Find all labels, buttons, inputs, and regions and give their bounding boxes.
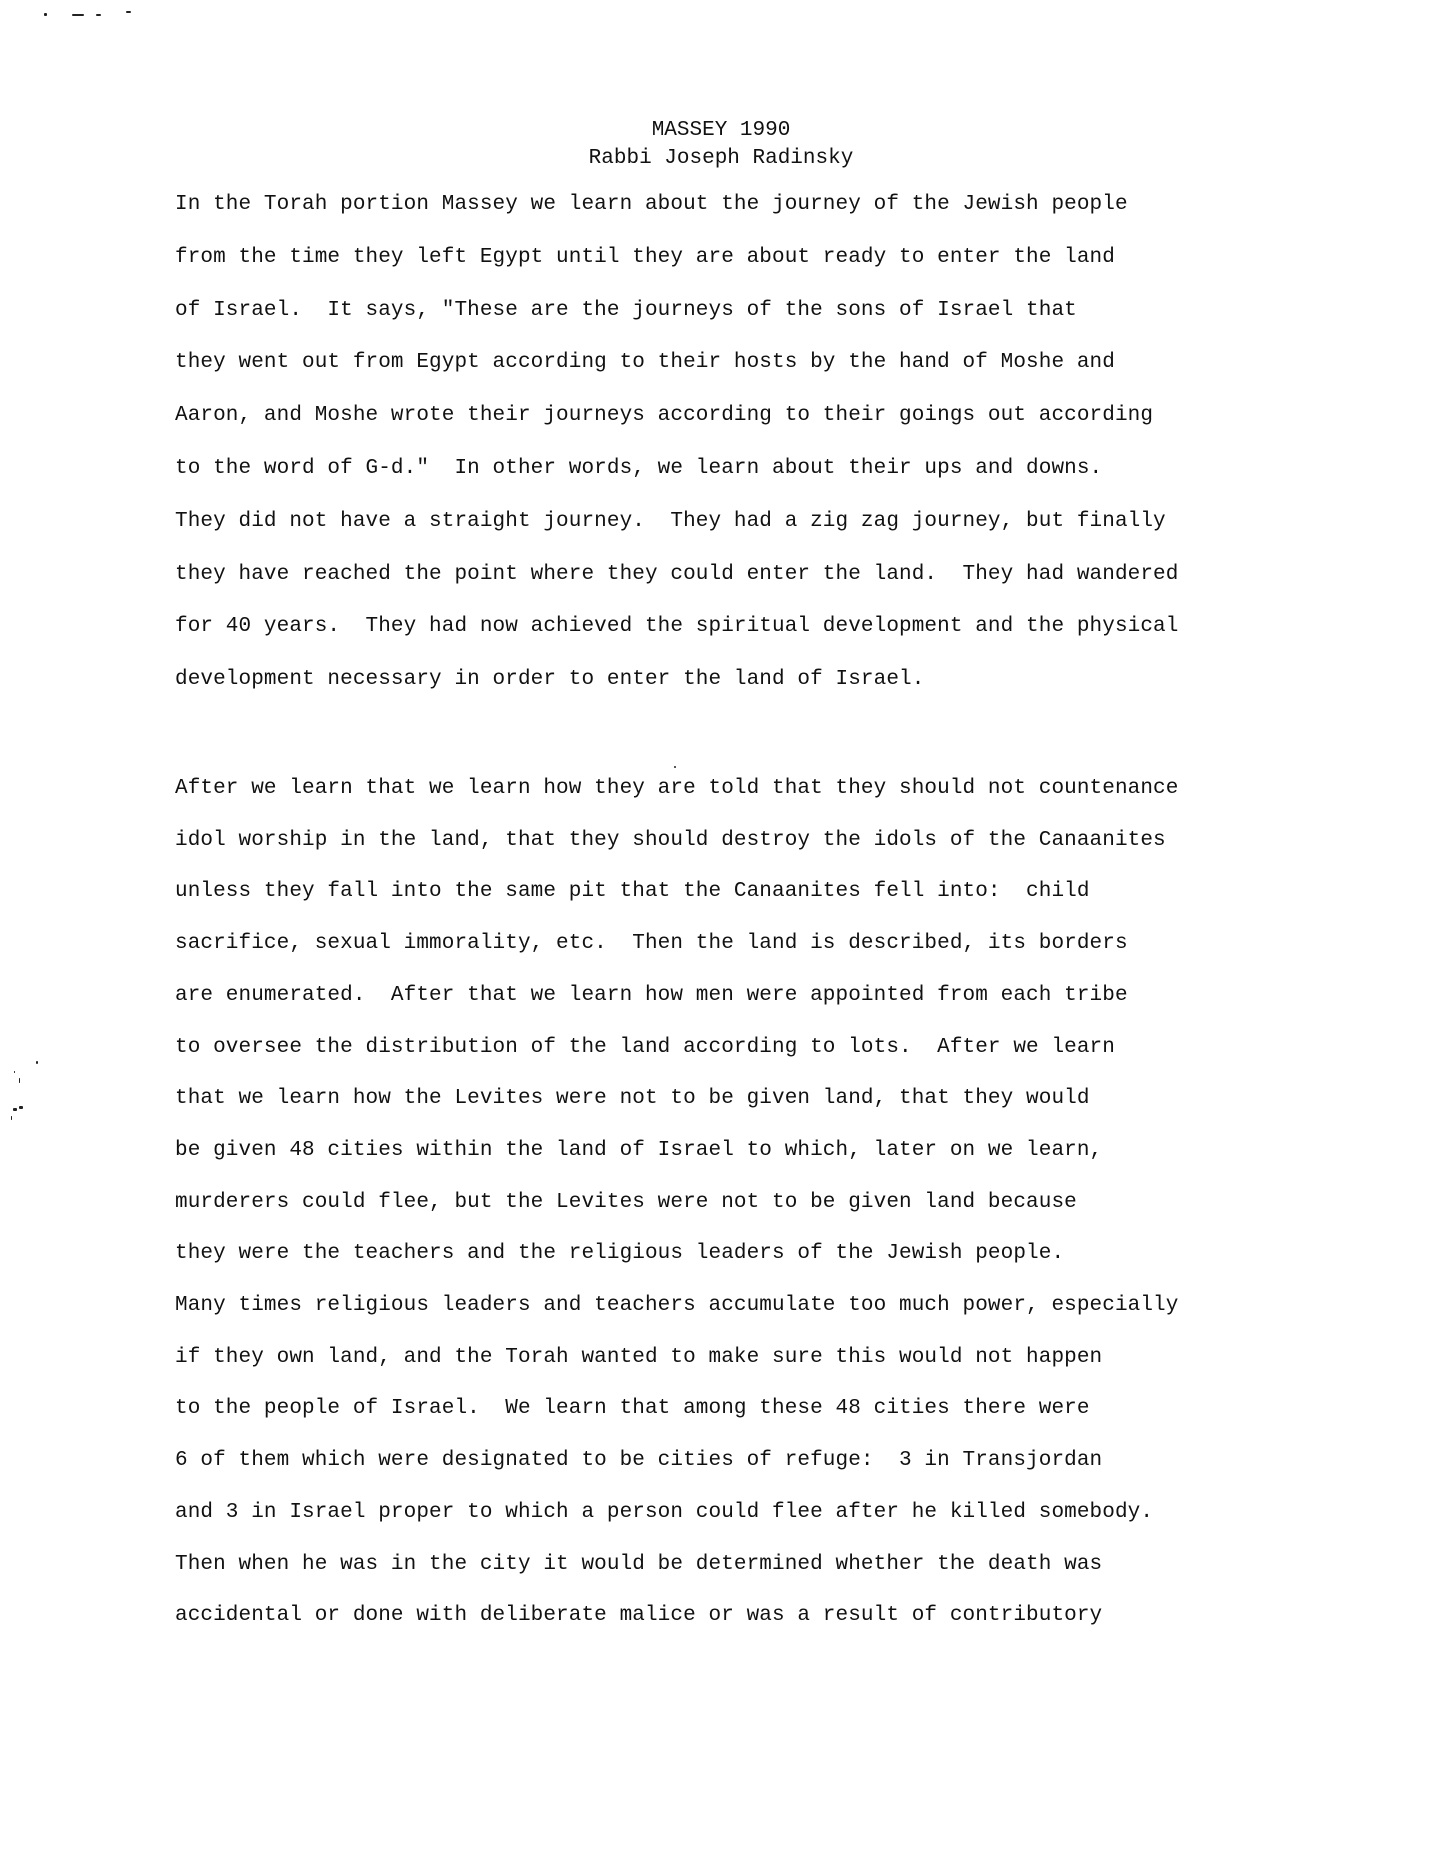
text-line: for 40 years. They had now achieved the … <box>175 616 1178 637</box>
scan-artifact <box>96 14 101 16</box>
scan-artifact <box>126 11 131 13</box>
scan-artifact <box>72 14 84 16</box>
text-line: Then when he was in the city it would be… <box>175 1554 1102 1575</box>
text-line: they went out from Egypt according to th… <box>175 352 1115 373</box>
scan-artifact <box>19 1106 23 1109</box>
text-line: They did not have a straight journey. Th… <box>175 511 1166 532</box>
text-line: they were the teachers and the religious… <box>175 1243 1064 1264</box>
scan-artifact <box>11 1116 12 1120</box>
scan-artifact <box>14 1071 15 1073</box>
text-line: 6 of them which were designated to be ci… <box>175 1450 1102 1471</box>
scan-artifact <box>19 1078 20 1083</box>
text-line: that we learn how the Levites were not t… <box>175 1088 1090 1109</box>
text-line: to the people of Israel. We learn that a… <box>175 1398 1090 1419</box>
text-line: be given 48 cities within the land of Is… <box>175 1140 1102 1161</box>
text-line: from the time they left Egypt until they… <box>175 247 1115 268</box>
text-line: accidental or done with deliberate malic… <box>175 1605 1102 1626</box>
text-line: After we learn that we learn how they ar… <box>175 778 1178 799</box>
scan-artifact <box>44 13 47 16</box>
text-line: sacrifice, sexual immorality, etc. Then … <box>175 933 1128 954</box>
text-line: murderers could flee, but the Levites we… <box>175 1192 1077 1213</box>
text-line: of Israel. It says, "These are the journ… <box>175 300 1077 321</box>
text-line: Many times religious leaders and teacher… <box>175 1295 1178 1316</box>
text-line: are enumerated. After that we learn how … <box>175 985 1128 1006</box>
scan-artifact <box>13 1108 17 1111</box>
text-line: to oversee the distribution of the land … <box>175 1037 1115 1058</box>
text-line: In the Torah portion Massey we learn abo… <box>175 194 1128 215</box>
text-line: and 3 in Israel proper to which a person… <box>175 1502 1153 1523</box>
scan-artifact <box>674 766 676 768</box>
text-line: to the word of G-d." In other words, we … <box>175 458 1102 479</box>
document-title: MASSEY 1990 <box>0 119 1430 142</box>
text-line: Aaron, and Moshe wrote their journeys ac… <box>175 405 1153 426</box>
document-page: MASSEY 1990 Rabbi Joseph Radinsky In the… <box>0 0 1430 1851</box>
text-line: idol worship in the land, that they shou… <box>175 830 1166 851</box>
document-author: Rabbi Joseph Radinsky <box>0 147 1430 170</box>
scan-artifact <box>36 1061 38 1064</box>
text-line: development necessary in order to enter … <box>175 669 924 690</box>
text-line: if they own land, and the Torah wanted t… <box>175 1347 1102 1368</box>
text-line: unless they fall into the same pit that … <box>175 881 1090 902</box>
text-line: they have reached the point where they c… <box>175 564 1178 585</box>
